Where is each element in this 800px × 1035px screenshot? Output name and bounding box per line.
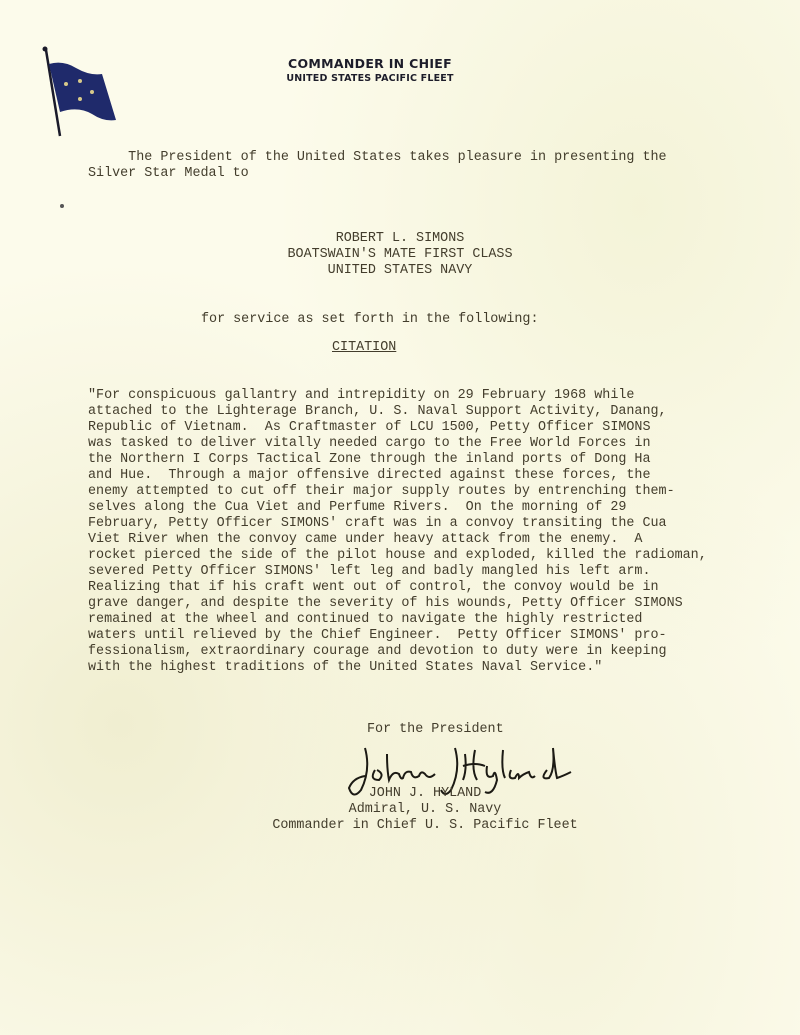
citation-line: "For conspicuous gallantry and intrepidi… [88, 388, 707, 404]
letterhead-subtitle: UNITED STATES PACIFIC FLEET [250, 73, 490, 84]
citation-line: the Northern I Corps Tactical Zone throu… [88, 452, 707, 468]
citation-body: "For conspicuous gallantry and intrepidi… [88, 388, 707, 676]
recipient-rank: BOATSWAIN'S MATE FIRST CLASS [0, 247, 800, 263]
admiral-flag-icon [38, 44, 118, 139]
intro-paragraph: The President of the United States takes… [88, 150, 667, 182]
citation-line: remained at the wheel and continued to n… [88, 612, 707, 628]
recipient-block: ROBERT L. SIMONS BOATSWAIN'S MATE FIRST … [0, 231, 800, 279]
letterhead: COMMANDER IN CHIEF UNITED STATES PACIFIC… [250, 56, 490, 84]
service-line: for service as set forth in the followin… [201, 312, 539, 328]
signatory-rank: Admiral, U. S. Navy [270, 802, 580, 818]
citation-line: fessionalism, extraordinary courage and … [88, 644, 707, 660]
letterhead-title: COMMANDER IN CHIEF [250, 56, 490, 71]
recipient-service: UNITED STATES NAVY [0, 263, 800, 279]
citation-line: rocket pierced the side of the pilot hou… [88, 548, 707, 564]
citation-line: was tasked to deliver vitally needed car… [88, 436, 707, 452]
recipient-name: ROBERT L. SIMONS [0, 231, 800, 247]
citation-line: Realizing that if his craft went out of … [88, 580, 707, 596]
citation-line: with the highest traditions of the Unite… [88, 660, 707, 676]
citation-line: and Hue. Through a major offensive direc… [88, 468, 707, 484]
citation-line: grave danger, and despite the severity o… [88, 596, 707, 612]
citation-line: severed Petty Officer SIMONS' left leg a… [88, 564, 707, 580]
citation-line: Republic of Vietnam. As Craftmaster of L… [88, 420, 707, 436]
document-page: COMMANDER IN CHIEF UNITED STATES PACIFIC… [0, 0, 800, 1035]
citation-line: selves along the Cua Viet and Perfume Ri… [88, 500, 707, 516]
closing-line: For the President [367, 722, 504, 738]
citation-line: February, Petty Officer SIMONS' craft wa… [88, 516, 707, 532]
citation-line: enemy attempted to cut off their major s… [88, 484, 707, 500]
citation-line: Viet River when the convoy came under he… [88, 532, 707, 548]
citation-heading: CITATION [332, 340, 396, 356]
signatory-title: Commander in Chief U. S. Pacific Fleet [270, 818, 580, 834]
citation-line: attached to the Lighterage Branch, U. S.… [88, 404, 707, 420]
paper-speck [60, 204, 64, 208]
signatory-name: JOHN J. HYLAND [270, 786, 580, 802]
citation-line: waters until relieved by the Chief Engin… [88, 628, 707, 644]
signature-block: JOHN J. HYLAND Admiral, U. S. Navy Comma… [270, 786, 580, 834]
